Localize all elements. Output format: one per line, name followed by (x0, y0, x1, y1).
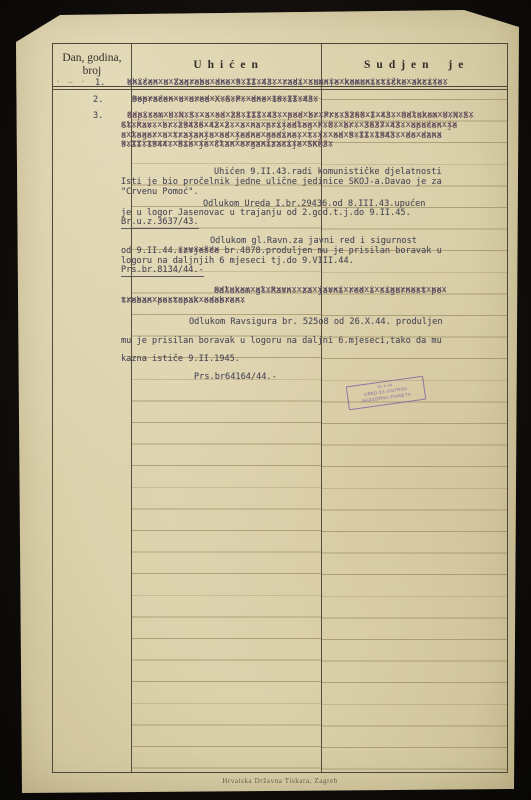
typed-line: Dopraćen u ured X.G.P. dne 10.II.43.xxxx… (132, 95, 318, 105)
typed-text: od 9.II.44. (121, 246, 178, 256)
struck-text: Odlukom gl.Ravn. za javni red i sigurnos… (214, 286, 447, 296)
typed-line: Odpisom U.N.S.-a od 28.III.43. pod br.Pr… (127, 111, 474, 121)
typed-text: mu je prisilan boravak u logoru na daljn… (121, 336, 442, 346)
strike-overlay: xxxxxxxxxxxxxxxxxxxxxxxxxxxxxxxxxxxxxxxx… (214, 285, 447, 295)
strike-overlay: xxxxxxxx (178, 245, 219, 255)
typed-text: br.4878.produljen mu je prisilan boravak… (219, 246, 441, 256)
struck-text: Uhićen u Zagrebu dne 9.II.43. radi sumnj… (127, 78, 448, 88)
typed-line: kazna ističe 9.II.1945. (121, 354, 240, 364)
typed-line: mu je prisilan boravak u logoru na daljn… (121, 336, 442, 346)
typed-line: 9.II.1944. Bio je član organizacije SKOJ… (121, 140, 333, 150)
typed-text: Prs.br64164/44.- (194, 372, 277, 382)
row-number: 2. (93, 95, 103, 105)
typed-content-layer: · – · 1.2.3. Uhićen u Zagrebu dne 9.II.4… (0, 0, 531, 800)
typed-line: Odlukom gl.Ravn. za javni red i sigurnos… (214, 286, 447, 296)
typed-line: Odlukom gl.Ravn.za javni red i sigurnost (210, 236, 417, 246)
strike-overlay: xxxxxxxxxxxxxxxxxxxxxxxx (121, 295, 245, 305)
typed-line: treban postupak odobren.xxxxxxxxxxxxxxxx… (121, 296, 245, 306)
strike-overlay: xxxxxxxxxxxxxxxxxxxxxxxxxxxxxxxxxxxxxxxx… (121, 139, 333, 149)
row-number: 3. (93, 111, 103, 121)
strike-overlay: xxxxxxxxxxxxxxxxxxxxxxxxxxxxxxxxxxxxxxxx… (127, 77, 448, 87)
struck-text: 9.II.1944. Bio je član organizacije SKOJ… (121, 140, 333, 150)
typed-text: Isti je bio pročelnik jedne ulične jedin… (121, 177, 442, 187)
photo-background: Dan, godina, broj Uhićen Sudjen je Hrvat… (0, 0, 531, 800)
struck-text: Dopraćen u ured X.G.P. dne 10.II.43.xxxx… (132, 95, 318, 105)
strike-overlay: xxxxxxxxxxxxxxxxxxxxxxxxxxxxxxxxxxxx (132, 94, 318, 104)
typed-line: Uhićen 9.II.43.radi komunističke djelatn… (214, 167, 442, 177)
struck-text: treban postupak odobren.xxxxxxxxxxxxxxxx… (121, 296, 245, 306)
struck-text: izvješćexxxxxxxx (178, 246, 219, 256)
typed-text: Uhićen 9.II.43.radi komunističke djelatn… (214, 167, 442, 177)
typed-line: "Crvenu Pomoć". (121, 187, 199, 197)
strike-overlay: xxxxxxxxxxxxxxxxxxxxxxxxxxxxxxxxxxxxxxxx… (127, 110, 474, 120)
typed-line: Prs.br64164/44.- (194, 372, 277, 382)
typed-line: Uhićen u Zagrebu dne 9.II.43. radi sumnj… (127, 78, 448, 88)
struck-text: Odpisom U.N.S.-a od 28.III.43. pod br.Pr… (127, 111, 474, 121)
row-number: 1. (95, 78, 105, 88)
typed-line: Prs.br.8134/44.- (121, 265, 204, 277)
typed-text: Br.u.z.3637/43. (121, 217, 199, 229)
typed-text: Odlukom gl.Ravn.za javni red i sigurnost (210, 236, 417, 246)
strike-overlay: xxxxxxxxxxxxxxxxxxxxxxxxxxxxxxxxxxxxxxxx… (121, 120, 457, 130)
office-stamp: 31 X 44 URED ZA VISTROV NADZORNA-PIANETA (346, 376, 427, 411)
struck-text: Gl.Rav. br.29436-42-2. a na prijedlog P.… (121, 121, 457, 131)
typed-line: Odlukom Ravsigura br. 525o8 od 26.X.44. … (189, 317, 443, 327)
typed-line: Gl.Rav. br.29436-42-2. a na prijedlog P.… (121, 121, 457, 131)
typed-text: kazna ističe 9.II.1945. (121, 354, 240, 364)
pencil-marks: · – · (56, 77, 87, 87)
strike-overlay: xxxxxxxxxxxxxxxxxxxxxxxxxxxxxxxxxxxxxxxx… (121, 130, 442, 140)
typed-line: od 9.II.44.izvješćexxxxxxxx br.4878.prod… (121, 246, 442, 256)
typed-text: Odlukom Ravsigura br. 525o8 od 26.X.44. … (189, 317, 443, 327)
typed-line: Br.u.z.3637/43. (121, 217, 199, 229)
typed-line: Isti je bio pročelnik jedne ulične jedin… (121, 177, 442, 187)
typed-text: Prs.br.8134/44.- (121, 265, 204, 277)
typed-text: "Crvenu Pomoć". (121, 187, 199, 197)
